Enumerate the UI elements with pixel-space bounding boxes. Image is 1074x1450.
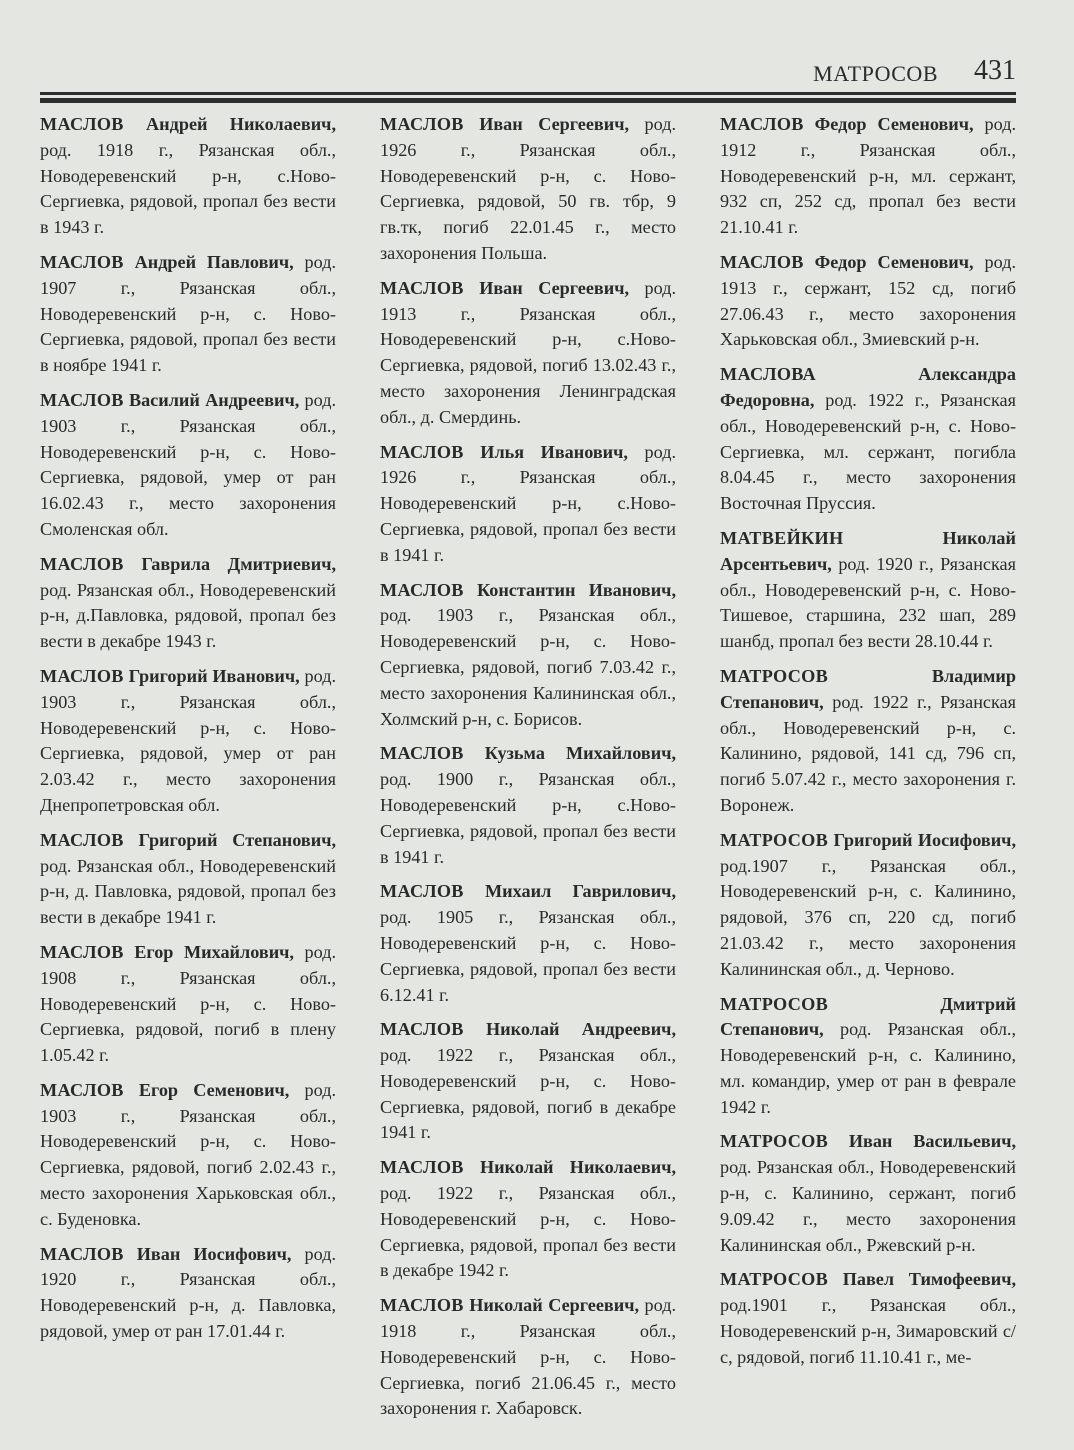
memorial-entry: МАСЛОВ Иван Сергеевич, род. 1913 г., Ряз… (380, 276, 676, 431)
entry-surname: МАСЛОВ (380, 278, 464, 298)
entry-surname: МАТРОСОВ (720, 1269, 828, 1289)
entry-given-name: Григорий Иванович, (129, 666, 300, 686)
entry-details: род. 1922 г., Рязанская обл., Новодереве… (380, 1183, 676, 1280)
entry-given-name: Михаил Гаврилович, (485, 881, 676, 901)
entry-surname: МАСЛОВ (380, 1019, 464, 1039)
entry-details: род. 1903 г., Рязанская обл., Новодереве… (380, 605, 676, 728)
entry-details: род. 1903 г., Рязанская обл., Новодереве… (40, 666, 336, 815)
entry-surname: МАТРОСОВ (720, 830, 828, 850)
column-right: МАСЛОВ Федор Семенович, род. 1912 г., Ря… (720, 112, 1016, 1431)
memorial-entry: МАТРОСОВ Павел Тимофеевич, род.1901 г., … (720, 1267, 1016, 1370)
entry-given-name: Иван Иосифович, (137, 1244, 292, 1264)
entry-surname: МАСЛОВ (380, 1295, 464, 1315)
entry-surname: МАСЛОВ (40, 1244, 124, 1264)
entry-surname: МАСЛОВ (40, 1080, 124, 1100)
memorial-entry: МАСЛОВ Григорий Степанович, род. Рязанск… (40, 828, 336, 931)
text-columns: МАСЛОВ Андрей Николаевич, род. 1918 г., … (40, 112, 1016, 1431)
memorial-entry: МАСЛОВ Иван Иосифович, род. 1920 г., Ряз… (40, 1242, 336, 1345)
header-rule-thick (40, 98, 1016, 103)
entry-given-name: Николай Николаевич, (480, 1157, 676, 1177)
memorial-entry: МАСЛОВ Егор Семенович, род. 1903 г., Ряз… (40, 1078, 336, 1233)
entry-surname: МАСЛОВ (380, 881, 464, 901)
entry-details: род. Рязанская обл., Новодеревенский р-н… (40, 580, 336, 652)
memorial-entry: МАСЛОВ Михаил Гаврилович, род. 1905 г., … (380, 879, 676, 1008)
entry-given-name: Николай Сергеевич, (469, 1295, 639, 1315)
entry-surname: МАСЛОВ (40, 554, 124, 574)
entry-given-name: Иван Сергеевич, (479, 114, 629, 134)
entry-given-name: Павел Тимофеевич, (843, 1269, 1016, 1289)
entry-surname: МАСЛОВ (40, 830, 124, 850)
memorial-entry: МАСЛОВ Андрей Павлович, род. 1907 г., Ря… (40, 250, 336, 379)
entry-details: род. 1903 г., Рязанская обл., Новодереве… (40, 390, 336, 539)
memorial-entry: МАСЛОВ Илья Иванович, род. 1926 г., Ряза… (380, 440, 676, 569)
memorial-entry: МАСЛОВ Николай Николаевич, род. 1922 г.,… (380, 1155, 676, 1284)
memorial-entry: МАСЛОВ Федор Семенович, род. 1912 г., Ря… (720, 112, 1016, 241)
entry-surname: МАСЛОВ (720, 252, 804, 272)
entry-given-name: Егор Семенович, (139, 1080, 289, 1100)
memorial-entry: МАТРОСОВ Владимир Степанович, род. 1922 … (720, 664, 1016, 819)
entry-surname: МАТРОСОВ (720, 994, 828, 1014)
entry-given-name: Андрей Павлович, (135, 252, 294, 272)
entry-surname: МАСЛОВ (40, 390, 124, 410)
entry-surname: МАТРОСОВ (720, 666, 828, 686)
entry-given-name: Василий Андреевич, (129, 390, 299, 410)
column-middle: МАСЛОВ Иван Сергеевич, род. 1926 г., Ряз… (380, 112, 676, 1431)
memorial-entry: МАСЛОВ Кузьма Михайлович, род. 1900 г., … (380, 741, 676, 870)
memorial-entry: МАСЛОВ Андрей Николаевич, род. 1918 г., … (40, 112, 336, 241)
memorial-entry: МАСЛОВ Егор Михайлович, род. 1908 г., Ря… (40, 940, 336, 1069)
page-header: МАТРОСОВ 431 (40, 55, 1016, 105)
entry-details: род. 1900 г., Рязанская обл., Новодереве… (380, 769, 676, 866)
entry-details: род. 1922 г., Рязанская обл., Новодереве… (380, 1045, 676, 1142)
entry-surname: МАСЛОВ (380, 114, 464, 134)
page-number: 431 (974, 55, 1016, 87)
entry-given-name: Федор Семенович, (815, 114, 974, 134)
memorial-entry: МАСЛОВ Григорий Иванович, род. 1903 г., … (40, 664, 336, 819)
entry-given-name: Николай Андреевич, (486, 1019, 676, 1039)
entry-details: род.1907 г., Рязанская обл., Новодеревен… (720, 856, 1016, 979)
entry-details: род.1901 г., Рязанская обл., Новодеревен… (720, 1295, 1016, 1367)
entry-surname: МАСЛОВ (720, 114, 804, 134)
memorial-entry: МАСЛОВ Константин Иванович, род. 1903 г.… (380, 578, 676, 733)
memorial-entry: МАТВЕЙКИН Николай Арсентьевич, род. 1920… (720, 526, 1016, 655)
memorial-entry: МАСЛОВ Николай Андреевич, род. 1922 г., … (380, 1017, 676, 1146)
entry-given-name: Андрей Николаевич, (146, 114, 336, 134)
entry-surname: МАСЛОВ (40, 252, 124, 272)
entry-surname: МАСЛОВ (40, 666, 124, 686)
entry-surname: МАТРОСОВ (720, 1131, 828, 1151)
entry-given-name: Егор Михайлович, (134, 942, 294, 962)
entry-surname: МАСЛОВ (380, 743, 464, 763)
entry-surname: МАСЛОВ (380, 580, 464, 600)
entry-given-name: Гаврила Дмитриевич, (141, 554, 336, 574)
entry-given-name: Иван Сергеевич, (479, 278, 629, 298)
entry-surname: МАСЛОВ (380, 1157, 464, 1177)
memorial-entry: МАТРОСОВ Дмитрий Степанович, род. Рязанс… (720, 992, 1016, 1121)
memorial-entry: МАСЛОВ Иван Сергеевич, род. 1926 г., Ряз… (380, 112, 676, 267)
entry-details: род. 1905 г., Рязанская обл., Новодереве… (380, 907, 676, 1004)
memorial-entry: МАСЛОВ Николай Сергеевич, род. 1918 г., … (380, 1293, 676, 1422)
entry-given-name: Константин Иванович, (477, 580, 676, 600)
memorial-entry: МАСЛОВ Федор Семенович, род. 1913 г., се… (720, 250, 1016, 353)
entry-surname: МАСЛОВА (720, 364, 816, 384)
entry-surname: МАТВЕЙКИН (720, 528, 843, 548)
running-head: МАТРОСОВ (813, 61, 938, 87)
column-left: МАСЛОВ Андрей Николаевич, род. 1918 г., … (40, 112, 336, 1431)
entry-given-name: Григорий Степанович, (139, 830, 336, 850)
memorial-entry: МАСЛОВА Александра Федоровна, род. 1922 … (720, 362, 1016, 517)
entry-given-name: Иван Васильевич, (849, 1131, 1016, 1151)
entry-given-name: Кузьма Михайлович, (485, 743, 676, 763)
entry-details: род. 1903 г., Рязанская обл., Новодереве… (40, 1080, 336, 1229)
entry-given-name: Григорий Иосифович, (833, 830, 1016, 850)
entry-surname: МАСЛОВ (40, 942, 124, 962)
header-rule-thin (40, 92, 1016, 95)
memorial-entry: МАСЛОВ Гаврила Дмитриевич, род. Рязанска… (40, 552, 336, 655)
memorial-entry: МАТРОСОВ Иван Васильевич, род. Рязанская… (720, 1129, 1016, 1258)
entry-details: род. Рязанская обл., Новодеревенский р-н… (720, 1157, 1016, 1254)
entry-details: род. Рязанская обл., Новодеревенский р-н… (40, 856, 336, 928)
entry-surname: МАСЛОВ (40, 114, 124, 134)
memorial-entry: МАТРОСОВ Григорий Иосифович, род.1907 г.… (720, 828, 1016, 983)
entry-given-name: Илья Иванович, (480, 442, 628, 462)
entry-given-name: Федор Семенович, (815, 252, 974, 272)
memorial-entry: МАСЛОВ Василий Андреевич, род. 1903 г., … (40, 388, 336, 543)
entry-details: род. 1913 г., Рязанская обл., Новодереве… (380, 278, 676, 427)
entry-details: род. 1926 г., Рязанская обл., Новодереве… (380, 114, 676, 263)
entry-surname: МАСЛОВ (380, 442, 464, 462)
entry-details: род. 1918 г., Рязанская обл., Новодереве… (40, 140, 336, 237)
